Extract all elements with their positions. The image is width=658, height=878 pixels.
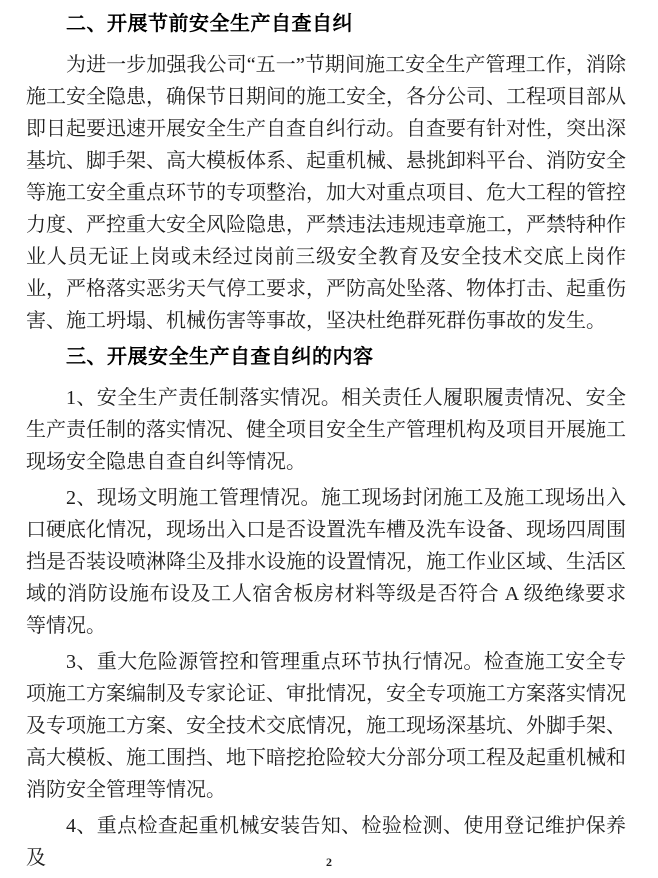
paragraph-item-1: 1、安全生产责任制落实情况。相关责任人履职履责情况、安全生产责任制的落实情况、健… [26,382,626,478]
paragraph-item-2: 2、现场文明施工管理情况。施工现场封闭施工及施工现场出入口硬底化情况，现场出入口… [26,482,626,642]
paragraph-item-3: 3、重大危险源管控和管理重点环节执行情况。检查施工安全专项施工方案编制及专家论证… [26,646,626,806]
page-number: 2 [0,855,658,870]
document-body: 二、开展节前安全生产自查自纠 为进一步加强我公司“五一”节期间施工安全生产管理工… [0,0,658,874]
paragraph-intro: 为进一步加强我公司“五一”节期间施工安全生产管理工作，消除施工安全隐患，确保节日… [26,49,626,337]
section-heading-3: 三、开展安全生产自查自纠的内容 [26,341,626,373]
document-page: 二、开展节前安全生产自查自纠 为进一步加强我公司“五一”节期间施工安全生产管理工… [0,0,658,878]
section-heading-2: 二、开展节前安全生产自查自纠 [26,8,626,40]
